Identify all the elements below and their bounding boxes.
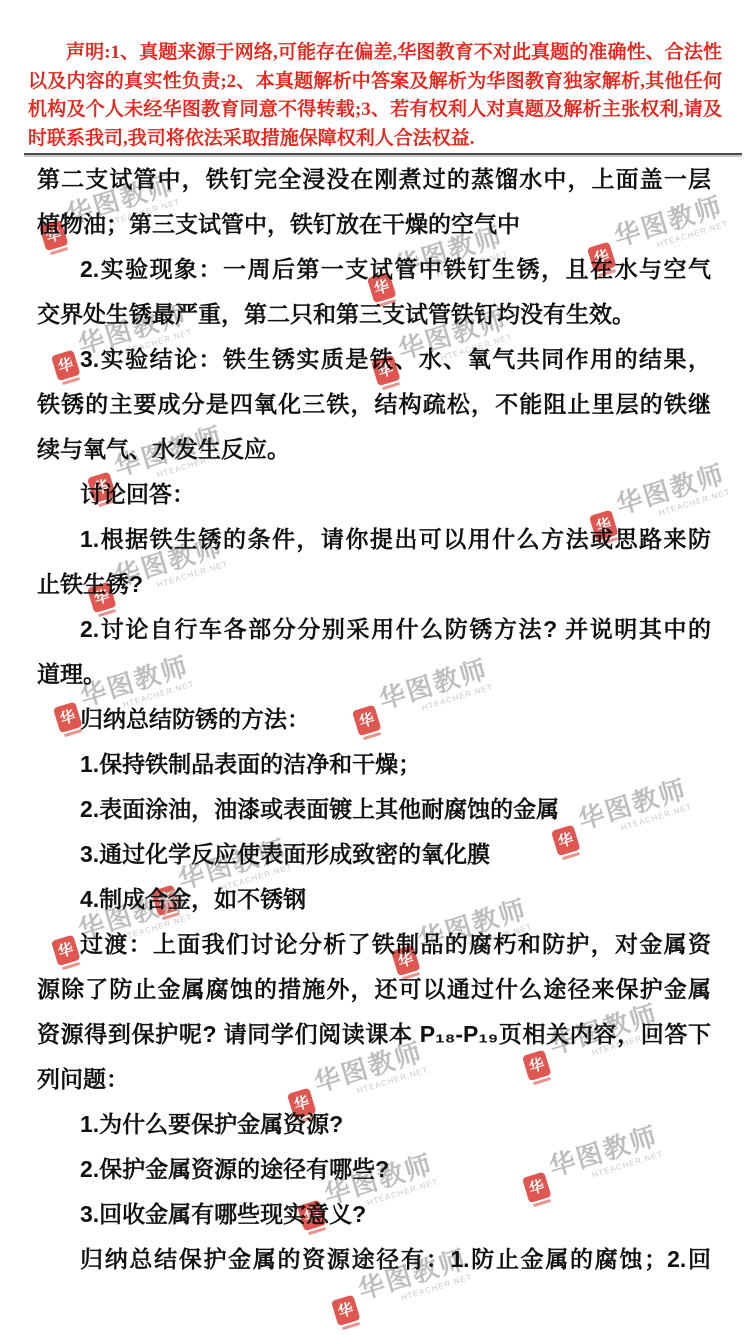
disclaimer-text: 1、真题来源于网络,可能存在偏差,华图教育不对此真题的准确性、合法性以及内容的真… — [28, 42, 722, 149]
text-line: 归纳总结保护金属的资源途径有：1.防止金属的腐蚀；2.回 — [37, 1237, 711, 1282]
text-line: 3.通过化学反应使表面形成致密的氧化膜 — [37, 832, 711, 877]
text-line: 2.保护金属资源的途径有哪些? — [37, 1147, 711, 1192]
text-line: 2.表面涂油，油漆或表面镀上其他耐腐蚀的金属 — [37, 787, 711, 832]
text-line: 第二支试管中，铁钉完全浸没在刚煮过的蒸馏水中，上面盖一层 — [37, 157, 711, 202]
text-line: 2.实验现象：一周后第一支试管中铁钉生锈，且在水与空气 — [37, 247, 711, 292]
text-line: 2.讨论自行车各部分分别采用什么防锈方法? 并说明其中的 — [37, 607, 711, 652]
disclaimer: 声明:1、真题来源于网络,可能存在偏差,华图教育不对此真题的准确性、合法性以及内… — [28, 39, 722, 153]
text-line: 3.回收金属有哪些现实意义? — [37, 1192, 711, 1237]
text-line: 过渡：上面我们讨论分析了铁制品的腐朽和防护，对金属资 — [37, 922, 711, 967]
text-line: 续与氧气、水发生反应。 — [37, 427, 711, 472]
text-line: 4.制成合金，如不锈钢 — [37, 877, 711, 922]
text-line: 1.为什么要保护金属资源? — [37, 1102, 711, 1147]
document-page: 华 华图教师 HTEACHER.NET 华 华图教师 HTEACHER.NET … — [0, 0, 748, 1335]
text-line: 交界处生锈最严重，第二只和第三支试管铁钉均没有生效。 — [37, 292, 711, 337]
text-line: 归纳总结防锈的方法： — [37, 697, 711, 742]
text-line: 止铁生锈? — [37, 562, 711, 607]
disclaimer-label: 声明: — [66, 42, 111, 63]
text-line: 道理。 — [37, 652, 711, 697]
document-body: 第二支试管中，铁钉完全浸没在刚煮过的蒸馏水中，上面盖一层 植物油；第三支试管中，… — [37, 157, 711, 1282]
text-line: 资源得到保护呢? 请同学们阅读课本 P₁₈-P₁₉页相关内容，回答下 — [37, 1012, 711, 1057]
text-line: 植物油；第三支试管中，铁钉放在干燥的空气中 — [37, 202, 711, 247]
text-line: 1.保持铁制品表面的洁净和干燥； — [37, 742, 711, 787]
text-line: 1.根据铁生锈的条件，请你提出可以用什么方法或思路来防 — [37, 517, 711, 562]
text-line: 铁锈的主要成分是四氧化三铁，结构疏松，不能阻止里层的铁继 — [37, 382, 711, 427]
text-line: 3.实验结论：铁生锈实质是铁、水、氧气共同作用的结果， — [37, 337, 711, 382]
text-line: 源除了防止金属腐蚀的措施外，还可以通过什么途径来保护金属 — [37, 967, 711, 1012]
text-line: 列问题： — [37, 1057, 711, 1102]
text-line: 讨论回答： — [37, 472, 711, 517]
separator-line — [24, 153, 742, 155]
huatu-logo-icon: 华 — [331, 1295, 361, 1327]
